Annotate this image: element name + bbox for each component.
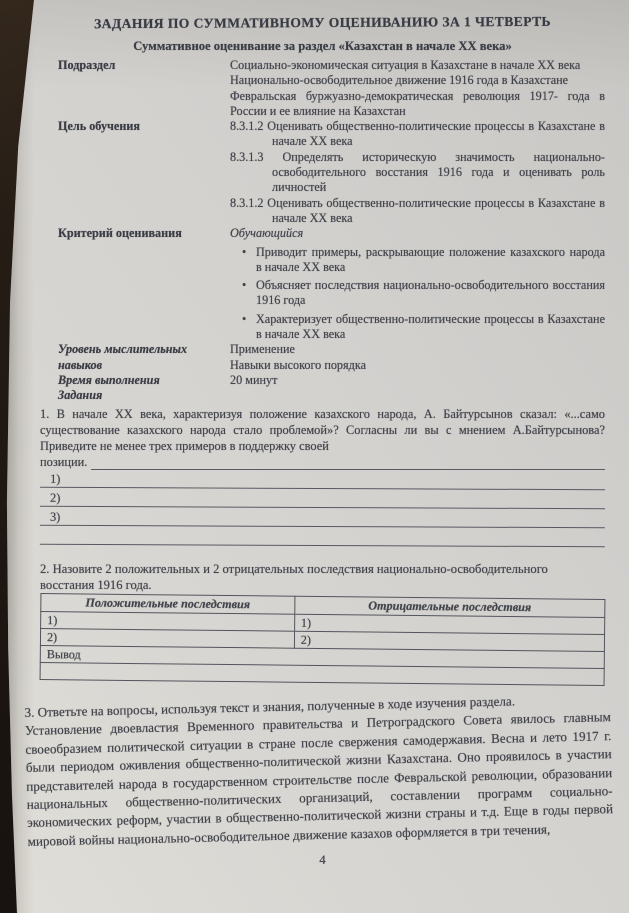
answer-blank-line — [40, 525, 605, 546]
table-header-positive: Положительные последствия — [41, 593, 295, 614]
subsection-item: Февральская буржуазно-демократическая ре… — [230, 89, 605, 120]
answer-rule-line — [91, 456, 605, 470]
document-content: ЗАДАНИЯ ПО СУММАТИВНОМУ ОЦЕНИВАНИЮ ЗА 1 … — [40, 15, 605, 868]
answer-blank-line: 3) — [40, 506, 605, 527]
spec-row-subsection: Подраздел Социально-экономическая ситуац… — [40, 58, 605, 119]
spec-row-tasks: Задания — [40, 388, 605, 403]
objective-item: 8.3.1.2 Оценивать общественно-политическ… — [230, 119, 605, 150]
spec-row-criteria: Критерий оценивания Обучающийся • Привод… — [40, 226, 605, 342]
consequences-table-wrap: Положительные последствия Отрицательные … — [40, 593, 606, 686]
task2-text: 2. Назовите 2 положительных и 2 отрицате… — [40, 561, 568, 594]
bullet-icon: • — [230, 312, 256, 343]
criteria-lead: Обучающийся — [230, 226, 605, 241]
thinking-level-item: Навыки высокого порядка — [230, 358, 605, 373]
doc-title: ЗАДАНИЯ ПО СУММАТИВНОМУ ОЦЕНИВАНИЮ ЗА 1 … — [40, 14, 605, 33]
answer-line-number: 1) — [50, 471, 60, 486]
answer-blank-line: 1) — [40, 468, 605, 489]
objective-item: 8.3.1.2 Оценивать общественно-политическ… — [230, 196, 605, 227]
criteria-bullet-item: • Объясняет последствия национально-осво… — [230, 278, 605, 309]
table-cell-positive-2: 2) — [40, 628, 294, 648]
spec-table: Подраздел Социально-экономическая ситуац… — [40, 58, 605, 404]
subsection-item: Национально-освободительное движение 191… — [230, 73, 605, 88]
spec-row-objective: Цель обучения 8.3.1.2 Оценивать обществе… — [40, 119, 605, 226]
consequences-table: Положительные последствия Отрицательные … — [40, 593, 606, 686]
spec-value-time: 20 минут — [230, 373, 605, 388]
doc-subtitle: Суммативное оценивание за раздел «Казахс… — [40, 39, 605, 54]
spec-value-objective: 8.3.1.2 Оценивать общественно-политическ… — [230, 119, 605, 226]
spec-label-objective: Цель обучения — [40, 119, 230, 226]
thinking-level-item: Применение — [230, 342, 605, 357]
task3-block: 3. Ответьте на вопросы, используя текст … — [24, 690, 613, 851]
spec-row-time: Время выполнения 20 минут — [40, 373, 605, 388]
task3-body: Установление двоевластия Временного прав… — [25, 708, 614, 851]
criteria-bullet-text: Объясняет последствия национально-освобо… — [256, 278, 605, 309]
task1-text-tail: позиции. — [40, 455, 87, 470]
spec-label-subsection: Подраздел — [40, 58, 230, 119]
table-cell-positive-1: 1) — [41, 611, 295, 631]
spec-label-time: Время выполнения — [40, 373, 230, 388]
page-number: 4 — [40, 852, 605, 868]
tasks-heading: Задания — [40, 388, 230, 403]
criteria-bullet-text: Приводит примеры, раскрывающие положение… — [256, 245, 605, 276]
answer-line-number: 3) — [50, 509, 60, 524]
answer-blank-line: 2) — [40, 487, 605, 508]
subsection-item: Социально-экономическая ситуация в Казах… — [230, 58, 605, 73]
time-item: 20 минут — [230, 373, 605, 388]
spec-row-thinking-level: Уровень мыслительных навыков Применение … — [40, 342, 605, 373]
bullet-icon: • — [230, 278, 256, 309]
task1-text: 1. В начале XX века, характеризуя положе… — [40, 406, 605, 454]
objective-item: 8.3.1.3 Определять историческую значимос… — [230, 150, 605, 196]
task1-answer-lines: 1) 2) 3) — [40, 468, 605, 546]
spec-label-thinking-level: Уровень мыслительных навыков — [40, 342, 230, 373]
answer-line-number: 2) — [50, 490, 60, 505]
bullet-icon: • — [230, 245, 256, 276]
spec-value-subsection: Социально-экономическая ситуация в Казах… — [230, 58, 605, 119]
criteria-bullet-item: • Характеризует общественно-политические… — [230, 312, 605, 343]
spec-value-criteria: Обучающийся • Приводит примеры, раскрыва… — [230, 226, 605, 342]
task1-text-tail-row: позиции. — [40, 454, 605, 470]
spec-value-thinking-level: Применение Навыки высокого порядка — [230, 342, 605, 373]
criteria-bullet-item: • Приводит примеры, раскрывающие положен… — [230, 245, 605, 276]
criteria-bullet-text: Характеризует общественно-политические п… — [256, 312, 605, 343]
spec-label-criteria: Критерий оценивания — [40, 226, 230, 342]
